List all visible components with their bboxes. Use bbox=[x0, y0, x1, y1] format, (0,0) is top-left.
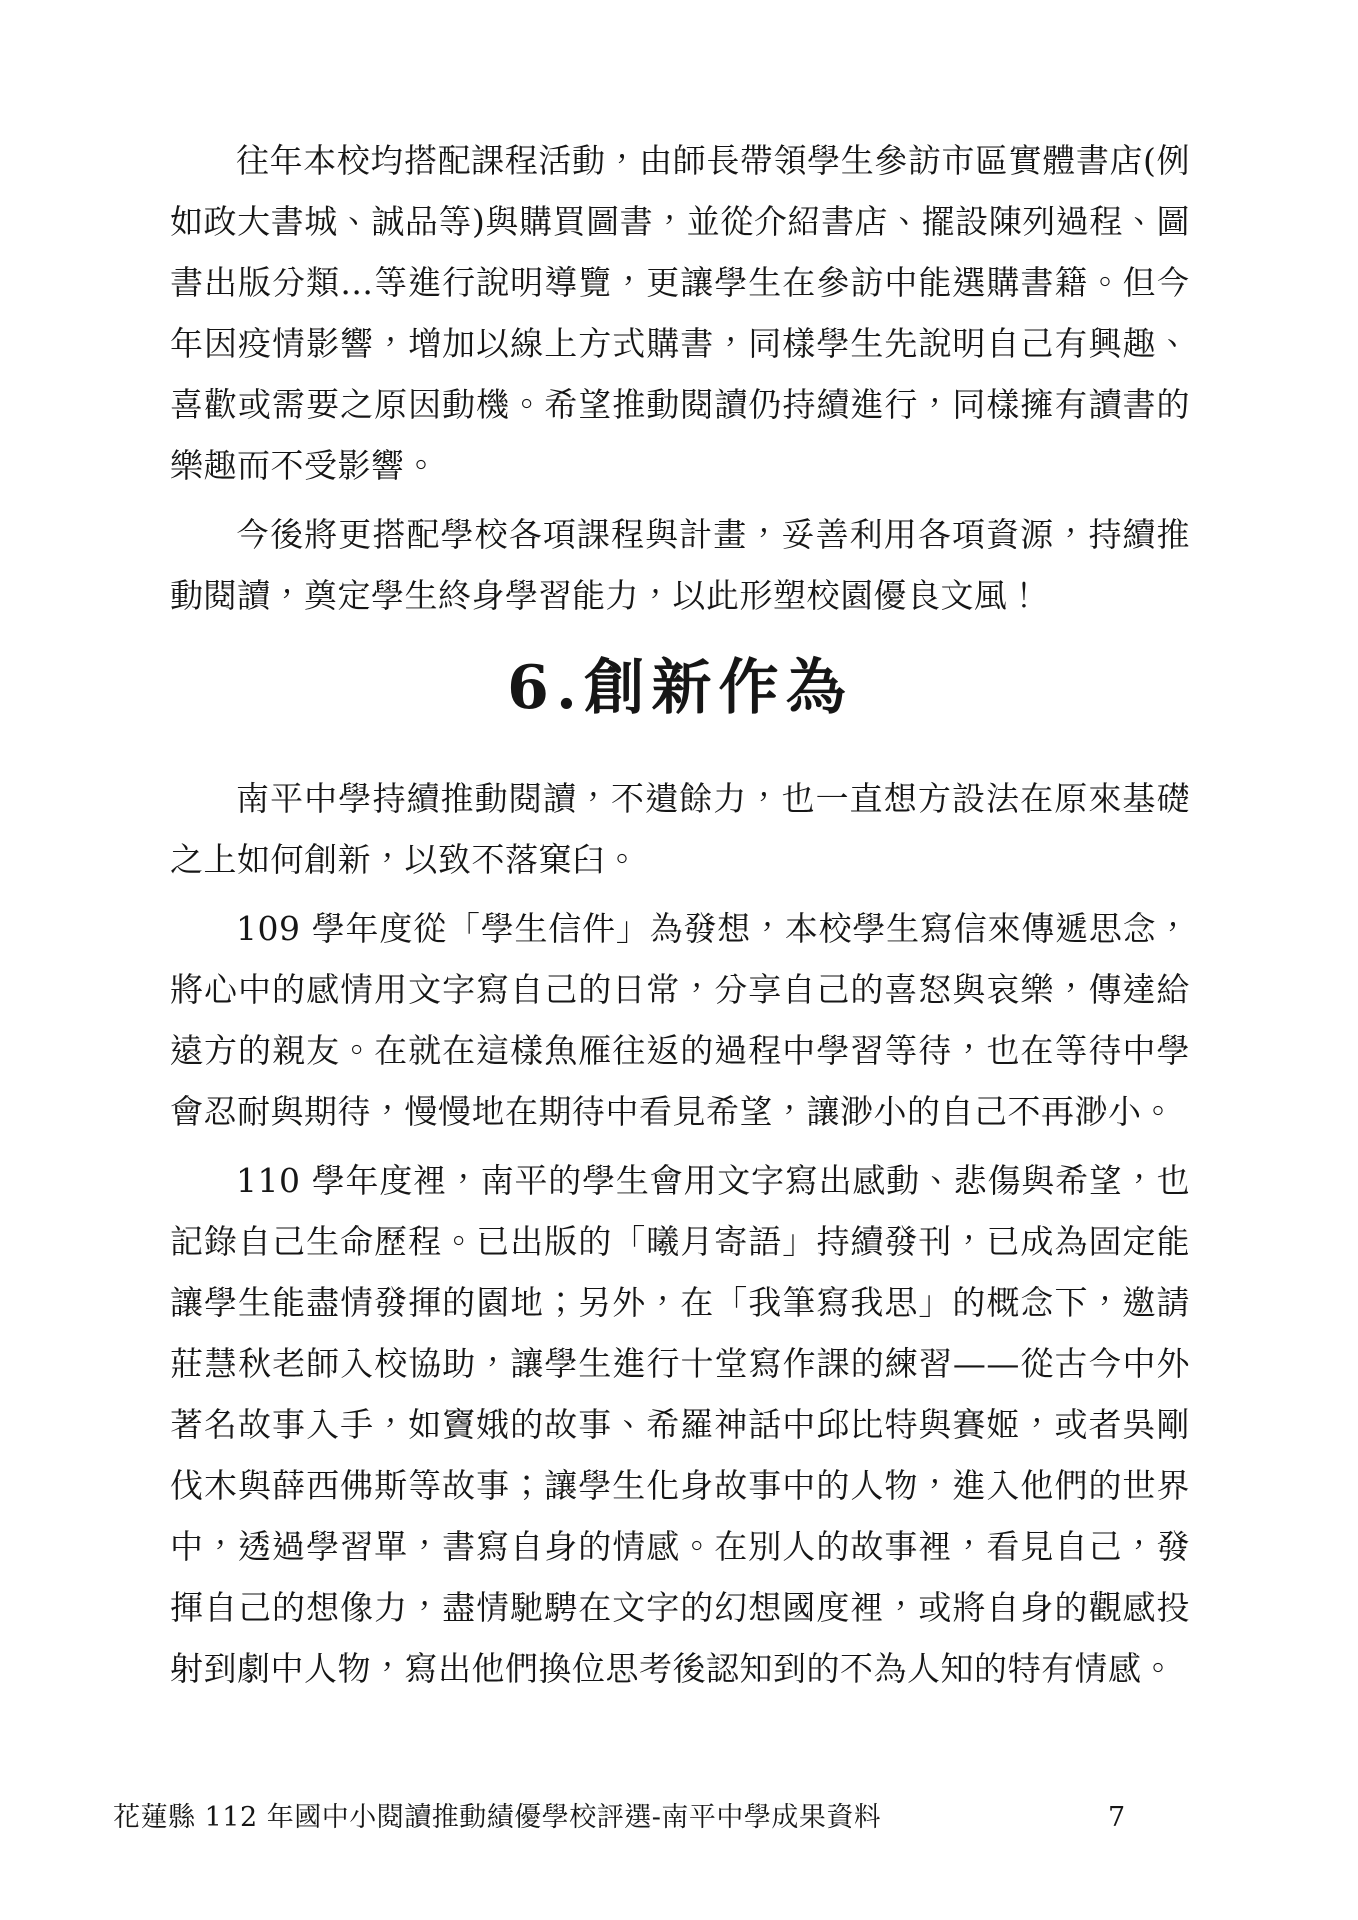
footer-title: 花蓮縣 112 年國中小閱讀推動績優學校評選-南平中學成果資料 bbox=[113, 1798, 881, 1838]
section-heading-innovation: 6.創新作為 bbox=[170, 648, 1190, 728]
paragraph-future-plan: 今後將更搭配學校各項課程與計畫，妥善利用各項資源，持續推動閱讀，奠定學生終身學習… bbox=[170, 504, 1190, 626]
page-number: 7 bbox=[1108, 1798, 1125, 1838]
paragraph-school-innovation-intro: 南平中學持續推動閱讀，不遺餘力，也一直想方設法在原來基礎之上如何創新，以致不落窠… bbox=[170, 768, 1190, 890]
document-content: 往年本校均搭配課程活動，由師長帶領學生參訪市區實體書店(例如政大書城、誠品等)與… bbox=[170, 0, 1190, 1707]
paragraph-visit-bookstores: 往年本校均搭配課程活動，由師長帶領學生參訪市區實體書店(例如政大書城、誠品等)與… bbox=[170, 130, 1190, 496]
paragraph-year-110-writing: 110 學年度裡，南平的學生會用文字寫出感動、悲傷與希望，也記錄自己生命歷程。已… bbox=[170, 1150, 1190, 1699]
document-page: 往年本校均搭配課程活動，由師長帶領學生參訪市區實體書店(例如政大書城、誠品等)與… bbox=[0, 0, 1358, 1920]
paragraph-year-109-letters: 109 學年度從「學生信件」為發想，本校學生寫信來傳遞思念，將心中的感情用文字寫… bbox=[170, 898, 1190, 1142]
